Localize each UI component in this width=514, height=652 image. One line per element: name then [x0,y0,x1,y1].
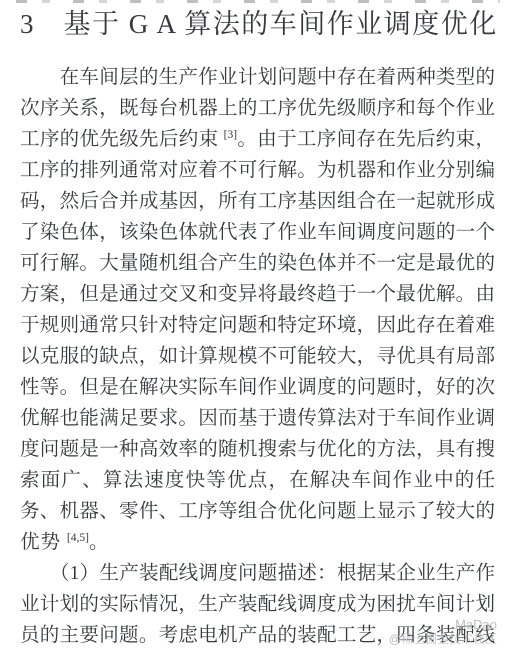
citation-superscript: [4,5] [67,532,89,544]
text-line: 度问题是一种高效率的随机搜索与优化的方法，具有搜 [20,434,495,465]
text-line: 次序关系，既每台机器上的工序优先级顺序和每个作业 [20,93,495,124]
text-line: （1）生产装配线调度问题描述：根据某企业生产作 [20,558,495,589]
body-text: 在车间层的生产作业计划问题中存在着两种类型的次序关系，既每台机器上的工序优先级顺… [20,62,495,651]
citation-superscript: [3] [224,129,237,141]
text-line: 工序的排列通常对应着不可行解。为机器和作业分别编 [20,155,495,186]
text-line: 工序的优先级先后约束 [3]。由于工序间存在先后约束， [20,124,495,155]
text-line: 优势 [4,5]。 [20,527,495,558]
text-line: 索面广、算法速度快等优点，在解决车间作业中的任 [20,465,495,496]
text-line: 务、机器、零件、工序等组合优化问题上显示了较大的 [20,496,495,527]
text-line: 优解也能满足要求。因而基于遗传算法对于车间作业调 [20,403,495,434]
text-line: 在车间层的生产作业计划问题中存在着两种类型的 [20,62,495,93]
text-line: 员的主要问题。考虑电机产品的装配工艺，四条装配线 [20,620,495,651]
section-heading: 3 基于 G A 算法的车间作业调度优化 [20,4,495,44]
paragraph: 在车间层的生产作业计划问题中存在着两种类型的次序关系，既每台机器上的工序优先级顺… [20,62,495,558]
document-page: 3 基于 G A 算法的车间作业调度优化 在车间层的生产作业计划问题中存在着两种… [0,0,514,652]
text-line: 方案，但是通过交叉和变异将最终趋于一个最优解。由 [20,279,495,310]
text-line: 可行解。大量随机组合产生的染色体并不一定是最优的 [20,248,495,279]
text-line: 业计划的实际情况，生产装配线调度成为困扰车间计划 [20,589,495,620]
text-line: 性等。但是在解决实际车间作业调度的问题时，好的次 [20,372,495,403]
text-line: 码，然后合并成基因，所有工序基因组合在一起就形成 [20,186,495,217]
text-line: 以克服的缺点，如计算规模不可能较大，寻优具有局部 [20,341,495,372]
paragraph: （1）生产装配线调度问题描述：根据某企业生产作业计划的实际情况，生产装配线调度成… [20,558,495,651]
text-line: 于规则通常只针对特定问题和特定环境，因此存在着难 [20,310,495,341]
text-line: 了染色体，该染色体就代表了作业车间调度问题的一个 [20,217,495,248]
